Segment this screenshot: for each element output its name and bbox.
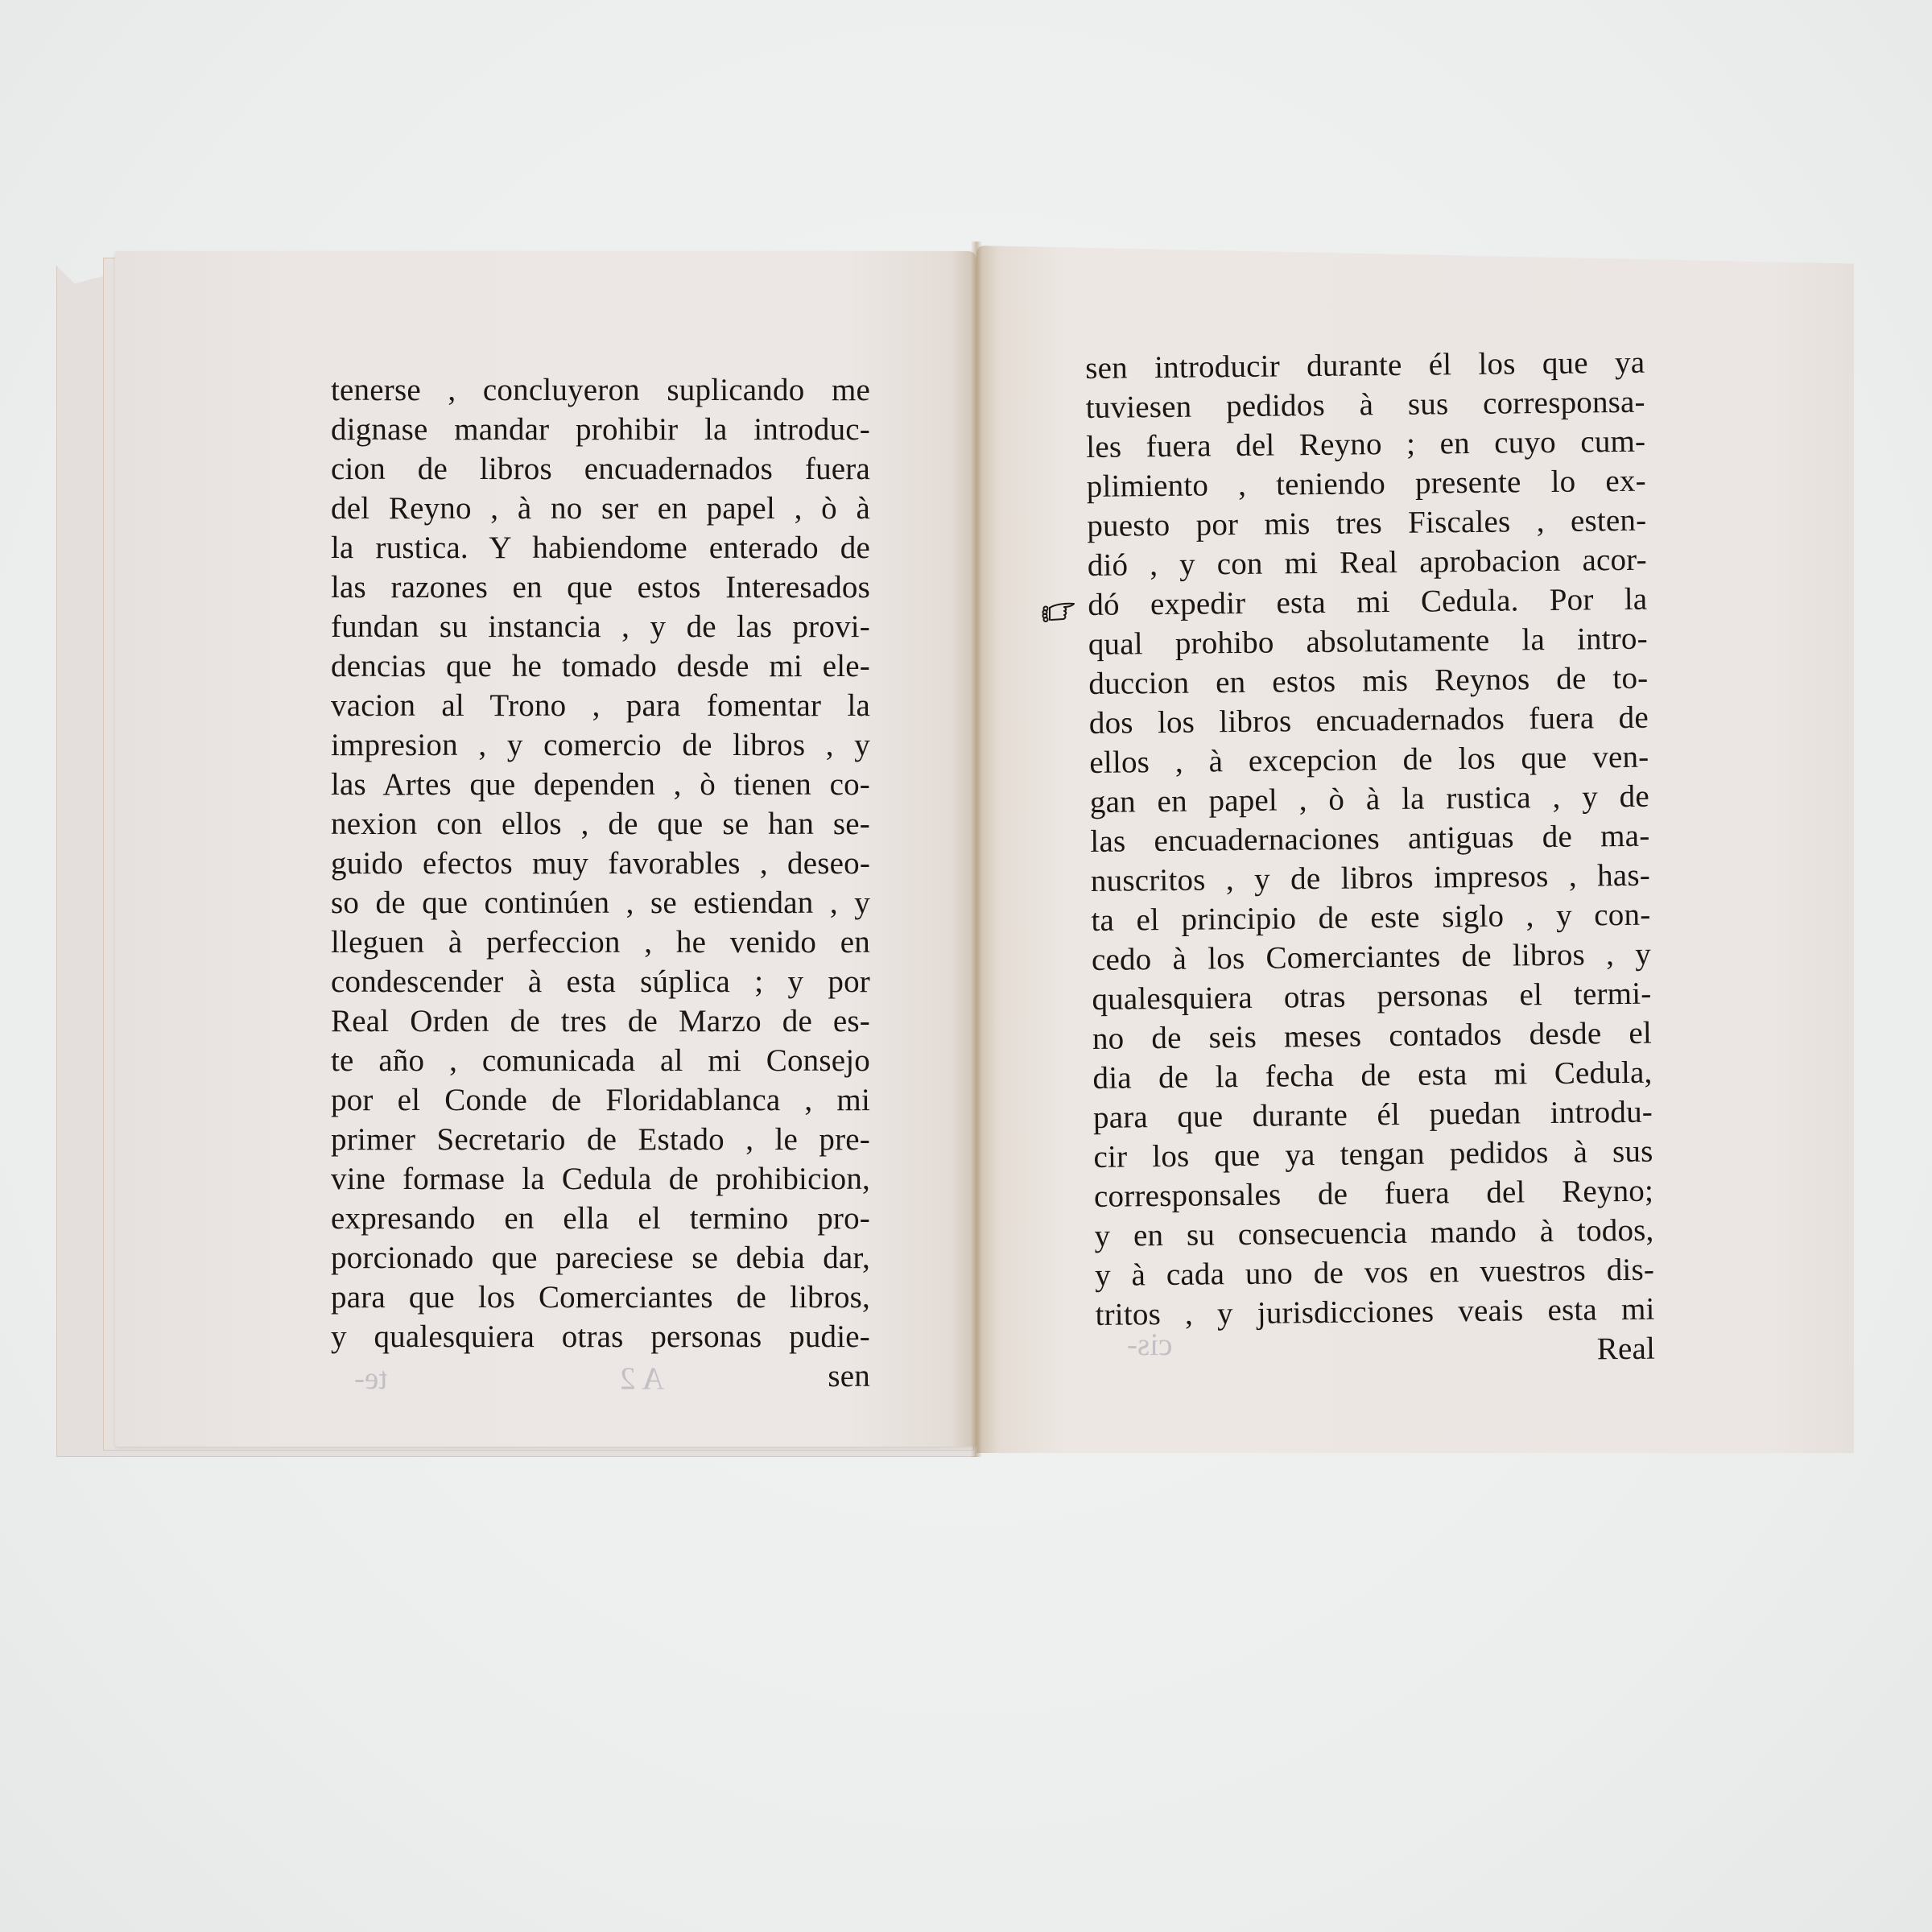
text-line: qual prohibo absolutamente la intro- (1088, 619, 1648, 664)
text-line: las razones en que estos Interesados (331, 568, 870, 607)
text-line: Real Orden de tres de Marzo de es- (331, 1001, 870, 1041)
open-book: te- A 2 cis- tenerse , concluyeron supli… (0, 0, 1932, 1932)
book-gutter (971, 242, 982, 1457)
text-line: gan en papel , ò à la rustica , y de (1090, 777, 1649, 822)
text-line: puesto por mis tres Fiscales , esten- (1087, 501, 1646, 546)
text-line: y à cada uno de vos en vuestros dis- (1095, 1250, 1654, 1295)
text-line: sen introducir durante él los que ya (1085, 343, 1645, 388)
text-line: dos los libros encuadernados fuera de (1089, 698, 1649, 743)
text-line: vine formase la Cedula de prohibicion, (331, 1159, 870, 1199)
text-line: so de que continúen , se estiendan , y (331, 883, 870, 923)
text-line: tuviesen pedidos à sus corresponsa- (1086, 382, 1645, 427)
text-line: porcionado que pareciese se debia dar, (331, 1238, 870, 1278)
text-line: primer Secretario de Estado , le pre- (331, 1120, 870, 1159)
text-line: impresion , y comercio de libros , y (331, 725, 870, 765)
text-line: las encuadernaciones antiguas de ma- (1090, 816, 1649, 861)
catchword: sen (331, 1356, 870, 1396)
text-line: tritos , y jurisdicciones veais esta mi (1095, 1290, 1654, 1335)
left-page-text: tenerse , concluyeron suplicando me dign… (331, 370, 870, 1396)
text-line: condescender à esta súplica ; y por (331, 962, 870, 1001)
text-line: guido efectos muy favorables , deseo- (331, 844, 870, 883)
text-line: plimiento , teniendo presente lo ex- (1087, 461, 1646, 506)
text-line: no de seis meses contados desde el (1092, 1013, 1652, 1059)
text-line: nexion con ellos , de que se han se- (331, 804, 870, 844)
text-line: nuscritos , y de libros impresos , has- (1091, 856, 1650, 901)
text-line: vacion al Trono , para fomentar la (331, 686, 870, 725)
text-line: cion de libros encuadernados fuera (331, 449, 870, 489)
text-line: dió , y con mi Real aprobacion acor- (1088, 540, 1647, 585)
text-line: fundan su instancia , y de las provi- (331, 607, 870, 646)
text-line: la rustica. Y habiendome enterado de (331, 528, 870, 568)
text-line: ta el principio de este siglo , y con- (1091, 895, 1650, 940)
text-line: les fuera del Reyno ; en cuyo cum- (1086, 422, 1645, 467)
text-line: cedo à los Comerciantes de libros , y (1092, 935, 1651, 980)
text-line: por el Conde de Floridablanca , mi (331, 1080, 870, 1120)
text-line: y en su consecuencia mando à todos, (1094, 1211, 1653, 1256)
text-line: para que los Comerciantes de libros, (331, 1278, 870, 1317)
text-line: dignase mandar prohibir la introduc- (331, 410, 870, 449)
text-line: qualesquiera otras personas el termi- (1092, 974, 1651, 1019)
text-line: duccion en estos mis Reynos de to- (1088, 658, 1648, 704)
text-line: las Artes que dependen , ò tienen co- (331, 765, 870, 804)
text-line: dencias que he tomado desde mi ele- (331, 646, 870, 686)
text-line: tenerse , concluyeron suplicando me (331, 370, 870, 410)
pointing-hand-icon (1040, 600, 1075, 624)
text-line: y qualesquiera otras personas pudie- (331, 1317, 870, 1356)
catchword: Real (1096, 1329, 1655, 1374)
text-line: del Reyno , à no ser en papel , ò à (331, 489, 870, 528)
text-line: expresando en ella el termino pro- (331, 1199, 870, 1238)
text-line: lleguen à perfeccion , he venido en (331, 923, 870, 962)
text-line: para que durante él puedan introdu- (1093, 1092, 1653, 1137)
text-line: dó expedir esta mi Cedula. Por la (1088, 580, 1647, 625)
text-line: cir los que ya tengan pedidos à sus (1093, 1132, 1653, 1177)
text-line: ellos , à excepcion de los que ven- (1089, 737, 1649, 782)
text-line: te año , comunicada al mi Consejo (331, 1041, 870, 1080)
text-line: corresponsales de fuera del Reyno; (1094, 1171, 1653, 1216)
right-page-text: sen introducir durante él los que ya tuv… (1085, 343, 1655, 1374)
text-line: dia de la fecha de esta mi Cedula, (1092, 1053, 1652, 1098)
